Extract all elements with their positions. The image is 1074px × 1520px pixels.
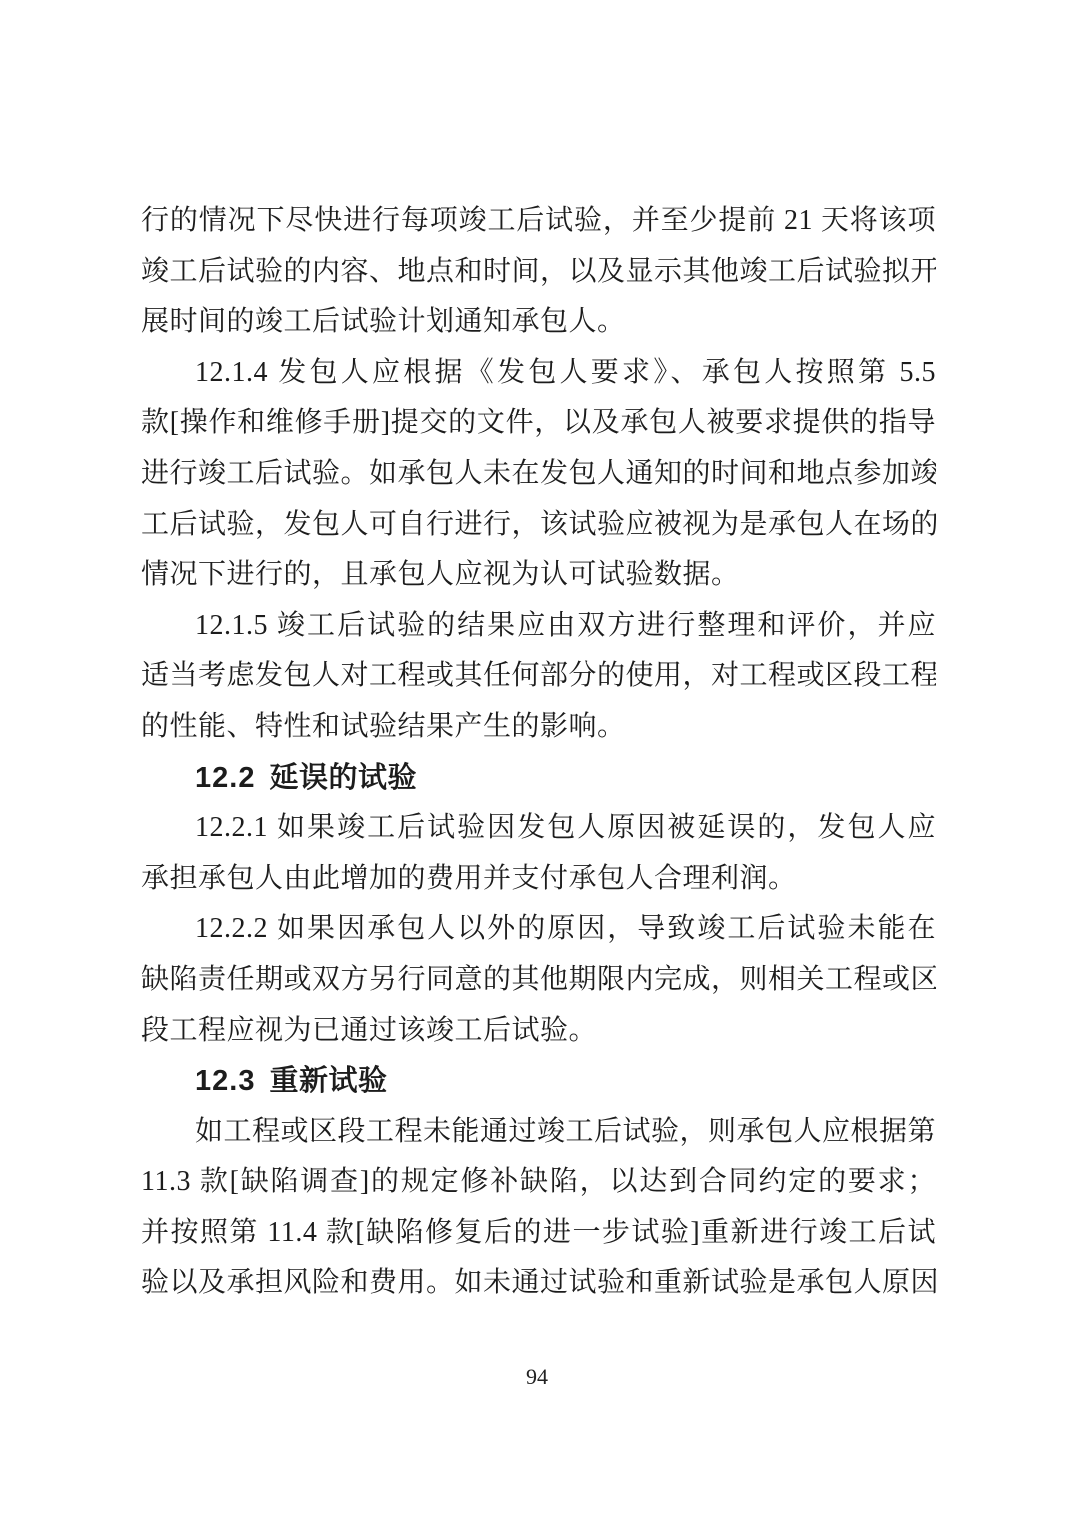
text-line: 展时间的竣工后试验计划通知承包人。 xyxy=(141,297,936,348)
heading-title: 延误的试验 xyxy=(269,762,417,794)
document-page: 行的情况下尽快进行每项竣工后试验，并至少提前 21 天将该项 竣工后试验的内容、… xyxy=(0,0,1074,1520)
text-line: 工后试验，发包人可自行进行，该试验应被视为是承包人在场的 xyxy=(141,500,936,551)
clause-12-3-body-line: 如工程或区段工程未能通过竣工后试验，则承包人应根据第 xyxy=(141,1107,936,1158)
text-line: 11.3 款[缺陷调查]的规定修补缺陷，以达到合同约定的要求； xyxy=(141,1157,936,1208)
text-line: 行的情况下尽快进行每项竣工后试验，并至少提前 21 天将该项 xyxy=(141,196,936,247)
section-heading-12-3: 12.3重新试验 xyxy=(141,1056,936,1107)
heading-title: 重新试验 xyxy=(269,1065,387,1097)
text-block: 行的情况下尽快进行每项竣工后试验，并至少提前 21 天将该项 竣工后试验的内容、… xyxy=(141,196,936,1309)
text-line: 进行竣工后试验。如承包人未在发包人通知的时间和地点参加竣 xyxy=(141,449,936,500)
text-line: 竣工后试验的内容、地点和时间，以及显示其他竣工后试验拟开 xyxy=(141,247,936,298)
text-line: 款[操作和维修手册]提交的文件，以及承包人被要求提供的指导 xyxy=(141,398,936,449)
clause-12-1-5-line: 12.1.5 竣工后试验的结果应由双方进行整理和评价，并应 xyxy=(141,601,936,652)
clause-12-2-1-line: 12.2.1 如果竣工后试验因发包人原因被延误的，发包人应 xyxy=(141,803,936,854)
text-line: 验以及承担风险和费用。如未通过试验和重新试验是承包人原因 xyxy=(141,1258,936,1309)
page-number: 94 xyxy=(0,1362,1074,1392)
clause-12-2-2-line: 12.2.2 如果因承包人以外的原因，导致竣工后试验未能在 xyxy=(141,904,936,955)
text-line: 情况下进行的，且承包人应视为认可试验数据。 xyxy=(141,550,936,601)
heading-number: 12.2 xyxy=(195,762,255,794)
text-line: 适当考虑发包人对工程或其任何部分的使用，对工程或区段工程 xyxy=(141,651,936,702)
heading-number: 12.3 xyxy=(195,1065,255,1097)
text-line: 并按照第 11.4 款[缺陷修复后的进一步试验]重新进行竣工后试 xyxy=(141,1208,936,1259)
text-line: 段工程应视为已通过该竣工后试验。 xyxy=(141,1006,936,1057)
text-line: 的性能、特性和试验结果产生的影响。 xyxy=(141,702,936,753)
text-line: 缺陷责任期或双方另行同意的其他期限内完成，则相关工程或区 xyxy=(141,955,936,1006)
text-line: 承担承包人由此增加的费用并支付承包人合理利润。 xyxy=(141,854,936,905)
clause-12-1-4-line: 12.1.4 发包人应根据《发包人要求》、承包人按照第 5.5 xyxy=(141,348,936,399)
section-heading-12-2: 12.2延误的试验 xyxy=(141,753,936,804)
